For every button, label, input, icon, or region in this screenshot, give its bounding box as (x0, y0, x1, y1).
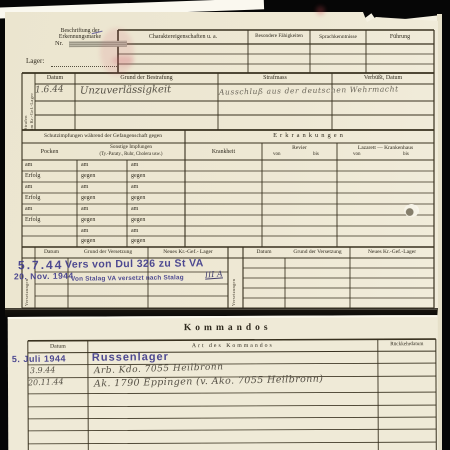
lager-label: Lager: (26, 58, 44, 66)
impf-row-cell: am (131, 184, 138, 191)
impf-row-cell: am (81, 162, 88, 169)
red-stain (112, 56, 134, 65)
impf-row-cell: gegen (131, 238, 145, 245)
lazarett-von: von (353, 152, 361, 158)
kdo-row-datum: 20.11.44 (28, 378, 64, 388)
impf-row-cell: Erfolg (25, 173, 40, 180)
impf-row-cell: am (81, 228, 88, 235)
vers-left-neues: Neues Kr.-Gef.- Lager (148, 249, 228, 255)
vers-right-neues: Neues Kr.-Gef.-Lager (350, 249, 434, 255)
transfer-stamp-hand-note: III A (205, 270, 223, 280)
strafen-header-datum: Datum (35, 75, 75, 82)
versetzungen-side-label-middle: Versetzungen (231, 252, 236, 306)
strafen-entry-grund: Unzuverlässigkeit (80, 84, 171, 97)
impf-row-cell: gegen (81, 195, 95, 202)
transfer-stamp-date-2: 20. Nov. 1944 (14, 272, 74, 282)
vers-left-datum: Datum (35, 249, 68, 255)
lazarett-bis: bis (403, 152, 409, 158)
impf-row-cell: am (25, 162, 32, 169)
kdo-row-datum: 3.9.44 (30, 366, 56, 376)
col-besondere-faehigkeiten: Besondere Fähigkeiten (249, 34, 309, 40)
col-fuehrung: Führung (367, 34, 433, 41)
record-card-upper: Beschriftung der Erkennungsmarke Nr. Lag… (5, 12, 438, 310)
impf-row-cell: am (25, 206, 32, 213)
impf-row-cell: am (131, 206, 138, 213)
kdo-stamp-date: 5. Juli 1944 (12, 353, 66, 364)
impf-row-cell: Erfolg (25, 195, 40, 202)
impf-row-cell: gegen (81, 173, 95, 180)
impf-row-cell: am (81, 206, 88, 213)
strafen-side-label: Strafen im Kr.-Gef.-Lager (23, 73, 34, 130)
kdo-header-rueckkehr: Rückkehrdatum (378, 342, 436, 348)
impf-row-cell: gegen (81, 238, 95, 245)
vers-right-datum: Datum (243, 249, 285, 255)
col-sprachkenntnisse: Sprachkenntnisse (311, 34, 365, 40)
kommandos-title: Kommandos (108, 322, 348, 334)
col-pocken: Pocken (22, 149, 77, 156)
nr-label: Nr. (55, 40, 63, 47)
col-revier: Revier (262, 145, 337, 151)
strafen-header-grund: Grund der Bestrafung (75, 75, 218, 82)
strafen-header-verbuesst: Verbüßt, Datum (332, 75, 434, 82)
transfer-stamp-text-1: Vers von Dul 326 zu St VA (65, 258, 204, 271)
hole-punch (404, 204, 419, 217)
col-krankheit: Krankheit (185, 149, 262, 155)
impf-row-cell: gegen (131, 195, 145, 202)
impf-row-cell: Erfolg (25, 217, 40, 224)
impf-row-cell: gegen (81, 217, 95, 224)
vers-left-grund: Grund der Versetzung (68, 249, 148, 255)
kdo-stamp-text: Russenlager (92, 351, 169, 364)
impf-row-cell: am (131, 228, 138, 235)
col-charaktereigenschaften: Charaktereigenschaften u. a. (120, 34, 246, 41)
erkrankungen-label: Erkrankungen (185, 132, 434, 139)
kdo-header-datum: Datum (28, 344, 88, 351)
vers-right-grund: Grund der Versetzung (285, 249, 350, 255)
impf-row-cell: am (81, 184, 88, 191)
red-stain (316, 6, 325, 15)
col-lazarett: Lazarett — Krankenhaus (337, 145, 434, 151)
impf-row-cell: gegen (131, 173, 145, 180)
impfungen-section-label: Schutzimpfungen während der Gefangenscha… (23, 133, 183, 139)
red-stain (100, 28, 134, 76)
revier-bis: bis (313, 152, 319, 158)
impf-row-cell: am (131, 162, 138, 169)
impf-row-cell: gegen (131, 217, 145, 224)
strafen-header-strafmass: Strafmass (218, 75, 332, 82)
col-sonstige-line2: (Ty.-Paraty., Ruhr, Cholera usw.) (77, 152, 185, 157)
kdo-header-art: Art des Kommandos (88, 342, 378, 350)
strafen-entry-datum: 1.6.44 (35, 85, 64, 96)
col-sonstige-line1: Sonstige Impfungen (77, 145, 185, 151)
scanned-pow-record-card: Beschriftung der Erkennungsmarke Nr. Lag… (0, 0, 450, 450)
impf-row-cell: am (25, 184, 32, 191)
record-card-lower: Kommandos Datum Art des Kommandos Rückke… (8, 315, 439, 450)
revier-von: von (273, 152, 281, 158)
